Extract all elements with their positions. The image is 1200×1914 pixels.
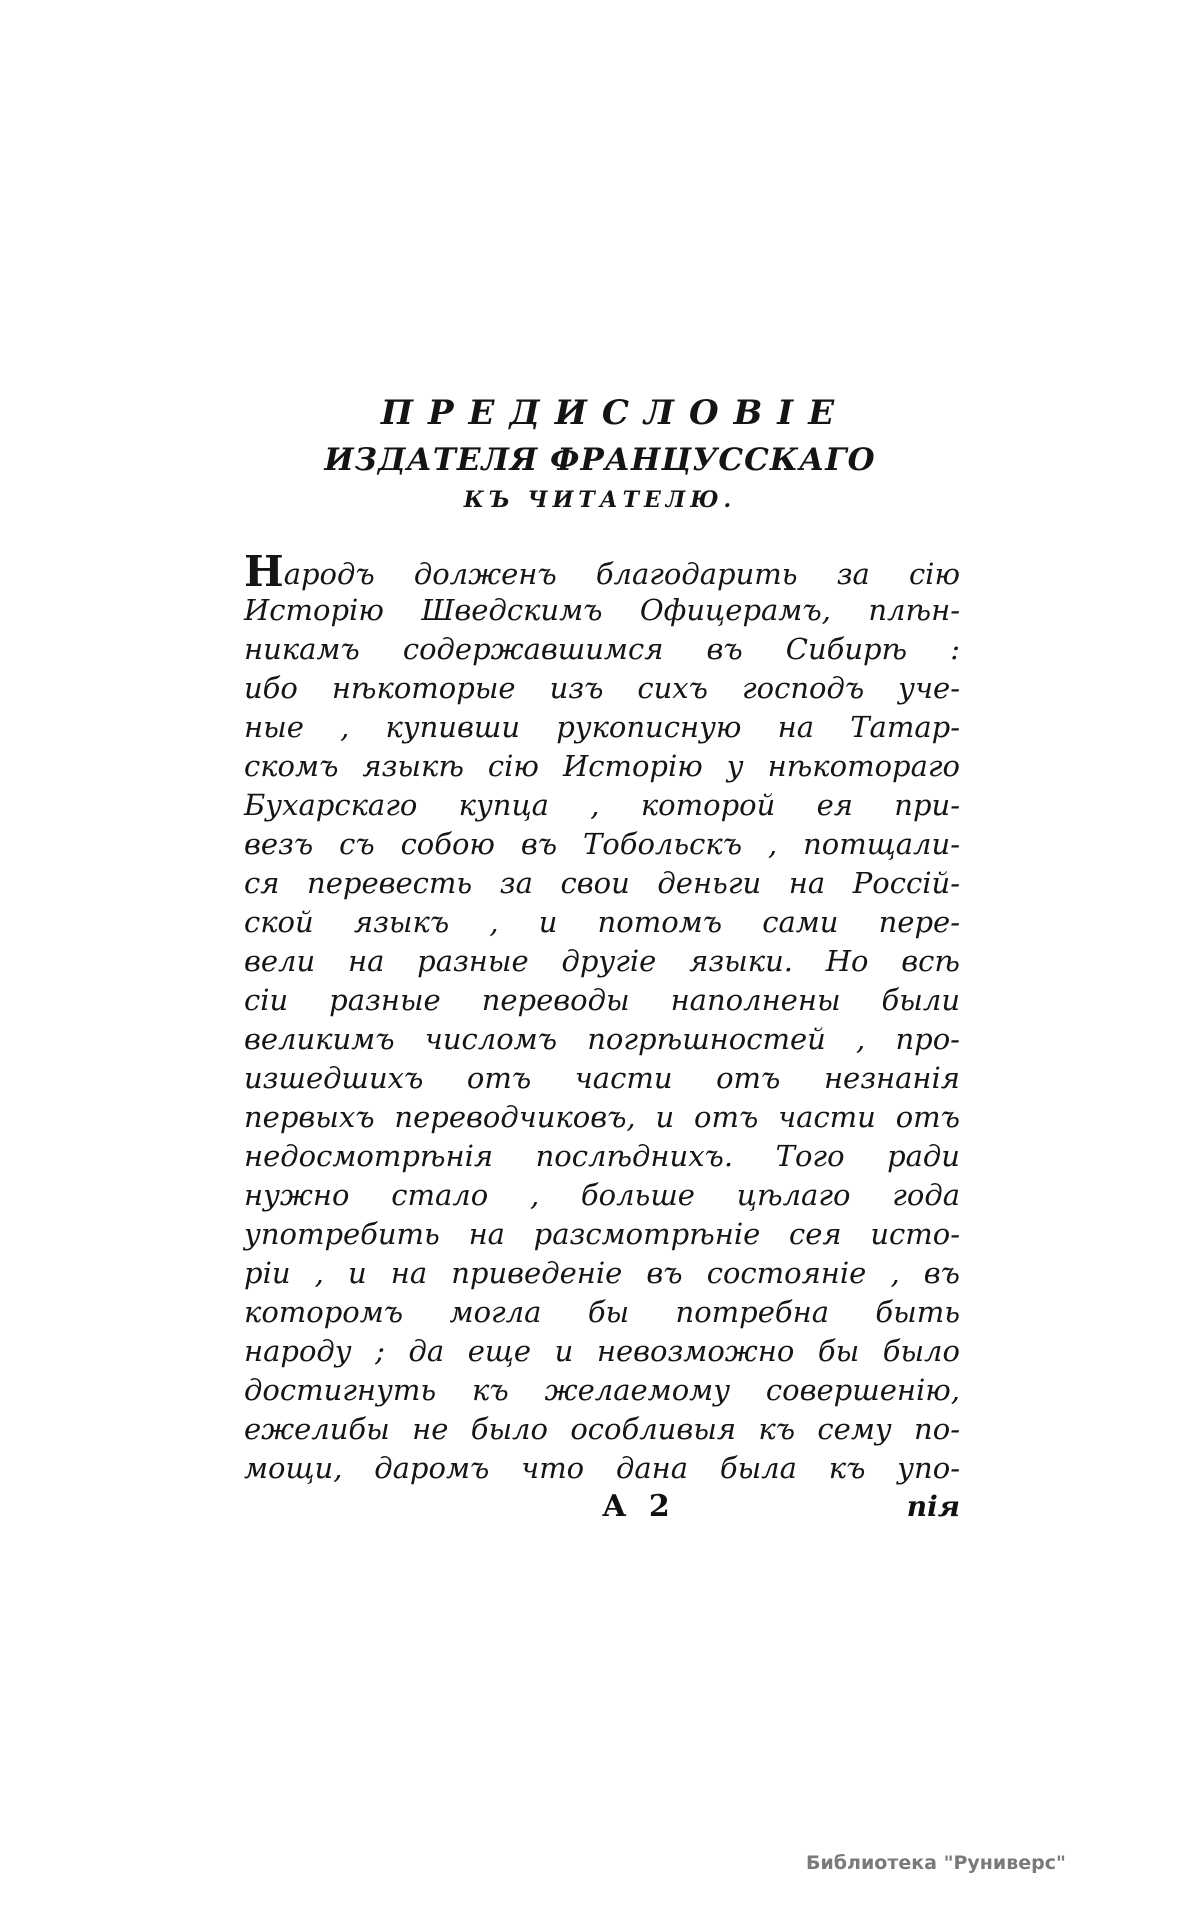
body-line: скомъ языкѣ сію Исторію у нѣкотораго [244, 747, 960, 786]
body-line: ные , купивши рукописную на Татар- [244, 708, 960, 747]
body-line: употребить на разсмотрѣніе сея исто- [244, 1215, 960, 1254]
library-watermark: Библиотека "Руниверс" [806, 1852, 1066, 1874]
body-line: ской языкъ , и потомъ сами пере- [244, 903, 960, 942]
title-preface: ПРЕДИСЛОВІЕ [0, 393, 1200, 433]
title-to-reader: КЪ ЧИТАТЕЛЮ. [0, 485, 1200, 515]
body-line: никамъ содержавшимся въ Сибирѣ : [244, 630, 960, 669]
body-line: ежелибы не было особливыя къ сему по- [244, 1410, 960, 1449]
body-line: достигнуть къ желаемому совершенію, [244, 1371, 960, 1410]
drop-cap: Н [244, 547, 284, 596]
body-line: везъ съ собою въ Тобольскъ , потщали- [244, 825, 960, 864]
body-line: сіи разные переводы наполнены были [244, 981, 960, 1020]
body-line: ся перевесть за свои деньги на Россій- [244, 864, 960, 903]
body-line: ріи , и на приведеніе въ состояніе , въ [244, 1254, 960, 1293]
body-line: изшедшихъ отъ части отъ незнанія [244, 1059, 960, 1098]
body-line: первыхъ переводчиковъ, и отъ части отъ [244, 1098, 960, 1137]
body-line: ибо нѣкоторые изъ сихъ господъ уче- [244, 669, 960, 708]
body-line: нужно стало , больше цѣлаго года [244, 1176, 960, 1215]
body-line: Народъ долженъ благодарить за сію [244, 552, 960, 591]
scanned-book-page: ПРЕДИСЛОВІЕ ИЗДАТЕЛЯ ФРАНЦУССКАГО КЪ ЧИТ… [0, 0, 1200, 1914]
title-french-publisher: ИЗДАТЕЛЯ ФРАНЦУССКАГО [0, 440, 1200, 480]
body-text: Народъ долженъ благодарить за сію Исторі… [244, 552, 960, 1488]
body-line: мощи, даромъ что дана была къ упо- [244, 1449, 960, 1488]
page-footer-row: А 2 пія [244, 1490, 960, 1524]
body-line: Исторію Шведскимъ Офицерамъ, плѣн- [244, 591, 960, 630]
signature-mark: А 2 [602, 1490, 676, 1524]
body-line: Бухарскаго купца , которой ея при- [244, 786, 960, 825]
body-line: народу ; да еще и невозможно бы было [244, 1332, 960, 1371]
catchword: пія [907, 1490, 960, 1524]
body-line: вели на разные другіе языки. Но всѣ [244, 942, 960, 981]
body-line: недосмотрѣнія послѣднихъ. Того ради [244, 1137, 960, 1176]
body-line: которомъ могла бы потребна быть [244, 1293, 960, 1332]
body-line: великимъ числомъ погрѣшностей , про- [244, 1020, 960, 1059]
